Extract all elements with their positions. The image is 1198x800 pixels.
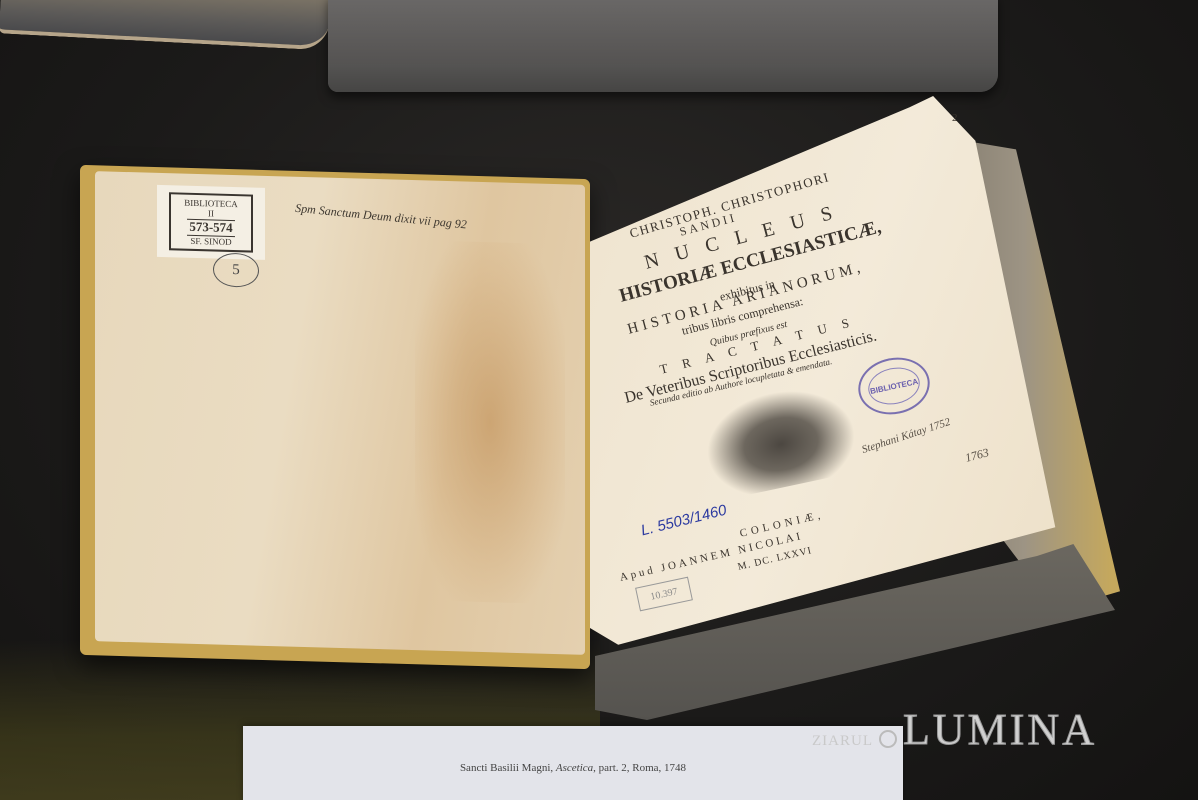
open-book: BIBLIOTECA II 573-574 SF. SINOD Spm Sanc… [0,0,1198,800]
circled-number: 5 [213,252,259,287]
handwritten-note: Spm Sanctum Deum dixit vii pag 92 [295,201,468,233]
library-label-owner: SF. SINOD [190,235,231,246]
water-stain [415,240,565,604]
watermark-seal-icon [879,730,897,748]
library-label-section: II [208,209,214,220]
caption-text: Sancti Basilii Magni, Ascetica, part. 2,… [460,762,686,800]
library-label-number: 573-574 [187,218,234,236]
watermark-prefix: ZIARUL [812,733,873,752]
caption-card: Sancti Basilii Magni, Ascetica, part. 2,… [243,726,903,800]
page-number: 2 [952,112,958,124]
left-endpaper: BIBLIOTECA II 573-574 SF. SINOD Spm Sanc… [95,171,585,655]
watermark-logo: LUMINA [903,708,1097,752]
library-label-title: BIBLIOTECA [184,198,238,210]
watermark: ZIARUL LUMINA [812,708,1097,752]
library-label: BIBLIOTECA II 573-574 SF. SINOD [157,185,265,260]
